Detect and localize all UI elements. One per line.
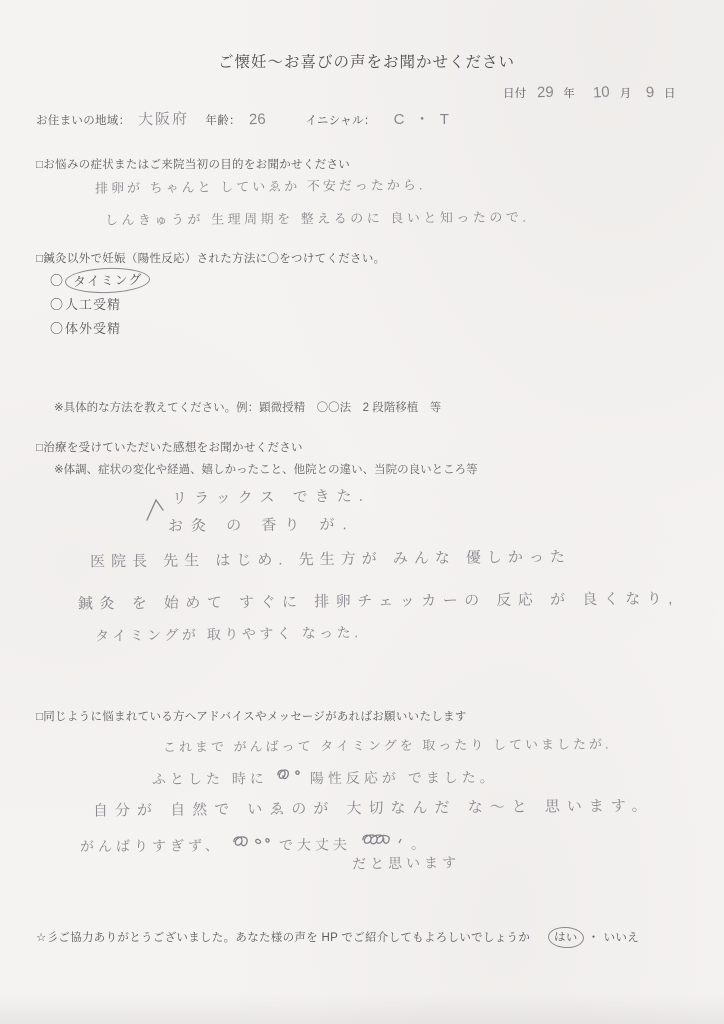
option-circle-marker: 〇 xyxy=(50,297,63,312)
method-heading: □鍼灸以外で妊娠（陽性反応）された方法に〇をつけてください。 xyxy=(36,250,385,266)
advice-line4-part3: 。 xyxy=(411,834,429,854)
impression-line-relax: リラックス できた. xyxy=(172,485,370,509)
method-note: ※具体的な方法を教えてください。例：顕微授精 〇〇法 2 段階移植 等 xyxy=(54,399,441,415)
consent-option-yes[interactable]: はい xyxy=(554,931,578,944)
insertion-caret-icon xyxy=(144,496,166,522)
date-year-value: 29 xyxy=(536,84,553,102)
option-circle-marker: 〇 xyxy=(50,321,63,336)
date-month-value: 10 xyxy=(593,83,611,101)
consent-separator: ・ xyxy=(588,929,600,945)
hand-drawn-circle: はい xyxy=(548,926,585,949)
advice-line5: だと思います xyxy=(352,852,460,874)
scribble-mark-icon xyxy=(274,765,304,783)
date-month-unit: 月 xyxy=(620,85,632,101)
method-option-iui[interactable]: 〇人工受精 xyxy=(50,294,121,314)
hand-drawn-circle: タイミング xyxy=(65,267,151,295)
advice-line2: ふとした 時に 陽性反応が でました。 xyxy=(152,764,498,789)
concern-heading: □お悩みの症状またはご来院当初の目的をお聞かせください xyxy=(36,156,350,172)
scribble-mark-icon xyxy=(357,829,405,849)
impression-line-doctors: 医院長 先生 はじめ. 先生方が みんな 優しかった xyxy=(90,545,571,571)
option-label: タイミング xyxy=(73,272,143,289)
region-label: お住まいの地域： xyxy=(36,112,130,128)
impression-line-inserted: お灸 の 香り が. xyxy=(168,513,355,536)
advice-line2-before: ふとした 時に xyxy=(152,768,268,789)
option-circle-marker: 〇 xyxy=(50,273,63,288)
method-option-timing[interactable]: 〇タイミング xyxy=(50,268,151,293)
date-line: 日付 29 年 10 月 9 日 xyxy=(503,84,676,101)
advice-line1: これまで がんばって タイミングを 取ったり していましたが. xyxy=(163,733,612,755)
date-year-unit: 年 xyxy=(563,85,575,101)
option-label: 体外受精 xyxy=(65,321,121,336)
method-option-ivf[interactable]: 〇体外受精 xyxy=(50,318,121,338)
advice-heading: □同じように悩まれている方へアドバイスやメッセージがあればお願いいたします xyxy=(36,708,467,724)
age-label: 年齢： xyxy=(205,112,240,128)
concern-answer-line1: 排卵が ちゃんと していゑか 不安だったから. xyxy=(95,174,426,196)
impression-line-timing: タイミングが 取りやすく なった. xyxy=(95,622,362,646)
profile-line: お住まいの地域： 大阪府 年齢： 26 イニシャル： C ・ T xyxy=(36,108,452,129)
initial-value: C ・ T xyxy=(394,108,452,129)
footer-consent-line: ☆彡ご協力ありがとうございました。あなた様の声を HP でご紹介してもよろしいで… xyxy=(36,927,639,948)
concern-answer-line2: しんきゅうが 生理周期を 整えるのに 良いと知ったので. xyxy=(105,207,530,229)
advice-line4: がんばりすぎず、 で大丈夫 。 xyxy=(80,829,429,856)
date-day-unit: 日 xyxy=(664,85,676,101)
impression-line-checker: 鍼灸 を 始めて すぐに 排卵チェッカーの 反応 が 良くなり, xyxy=(78,587,679,613)
scribble-mark-icon xyxy=(229,832,273,850)
advice-line2-after: 陽性反応が でました。 xyxy=(310,767,498,788)
age-value: 26 xyxy=(249,111,266,129)
form-title: ご懐妊〜お喜びの声をお聞かせください xyxy=(218,50,515,72)
impression-heading: □治療を受けていただいた感想をお聞かせください xyxy=(36,439,303,455)
impression-note: ※体調、症状の変化や経過、嬉しかったこと、他院との違い、当院の良いところ等 xyxy=(54,461,478,477)
advice-line4-part2: で大丈夫 xyxy=(279,834,351,855)
consent-option-no[interactable]: いいえ xyxy=(604,929,639,945)
advice-line4-part1: がんばりすぎず、 xyxy=(80,835,223,856)
option-label: 人工受精 xyxy=(65,297,121,312)
scanned-feedback-form: ご懐妊〜お喜びの声をお聞かせください 日付 29 年 10 月 9 日 お住まい… xyxy=(0,0,724,1024)
footer-message: ☆彡ご協力ありがとうございました。あなた様の声を HP でご紹介してもよろしいで… xyxy=(36,929,530,945)
region-value: 大阪府 xyxy=(138,108,189,130)
advice-line3: 自分が 自然で いゑのが 大切なんだ な〜と 思います。 xyxy=(93,795,654,821)
initial-label: イニシャル： xyxy=(306,112,376,128)
date-label: 日付 xyxy=(503,85,527,101)
date-day-value: 9 xyxy=(645,84,655,102)
